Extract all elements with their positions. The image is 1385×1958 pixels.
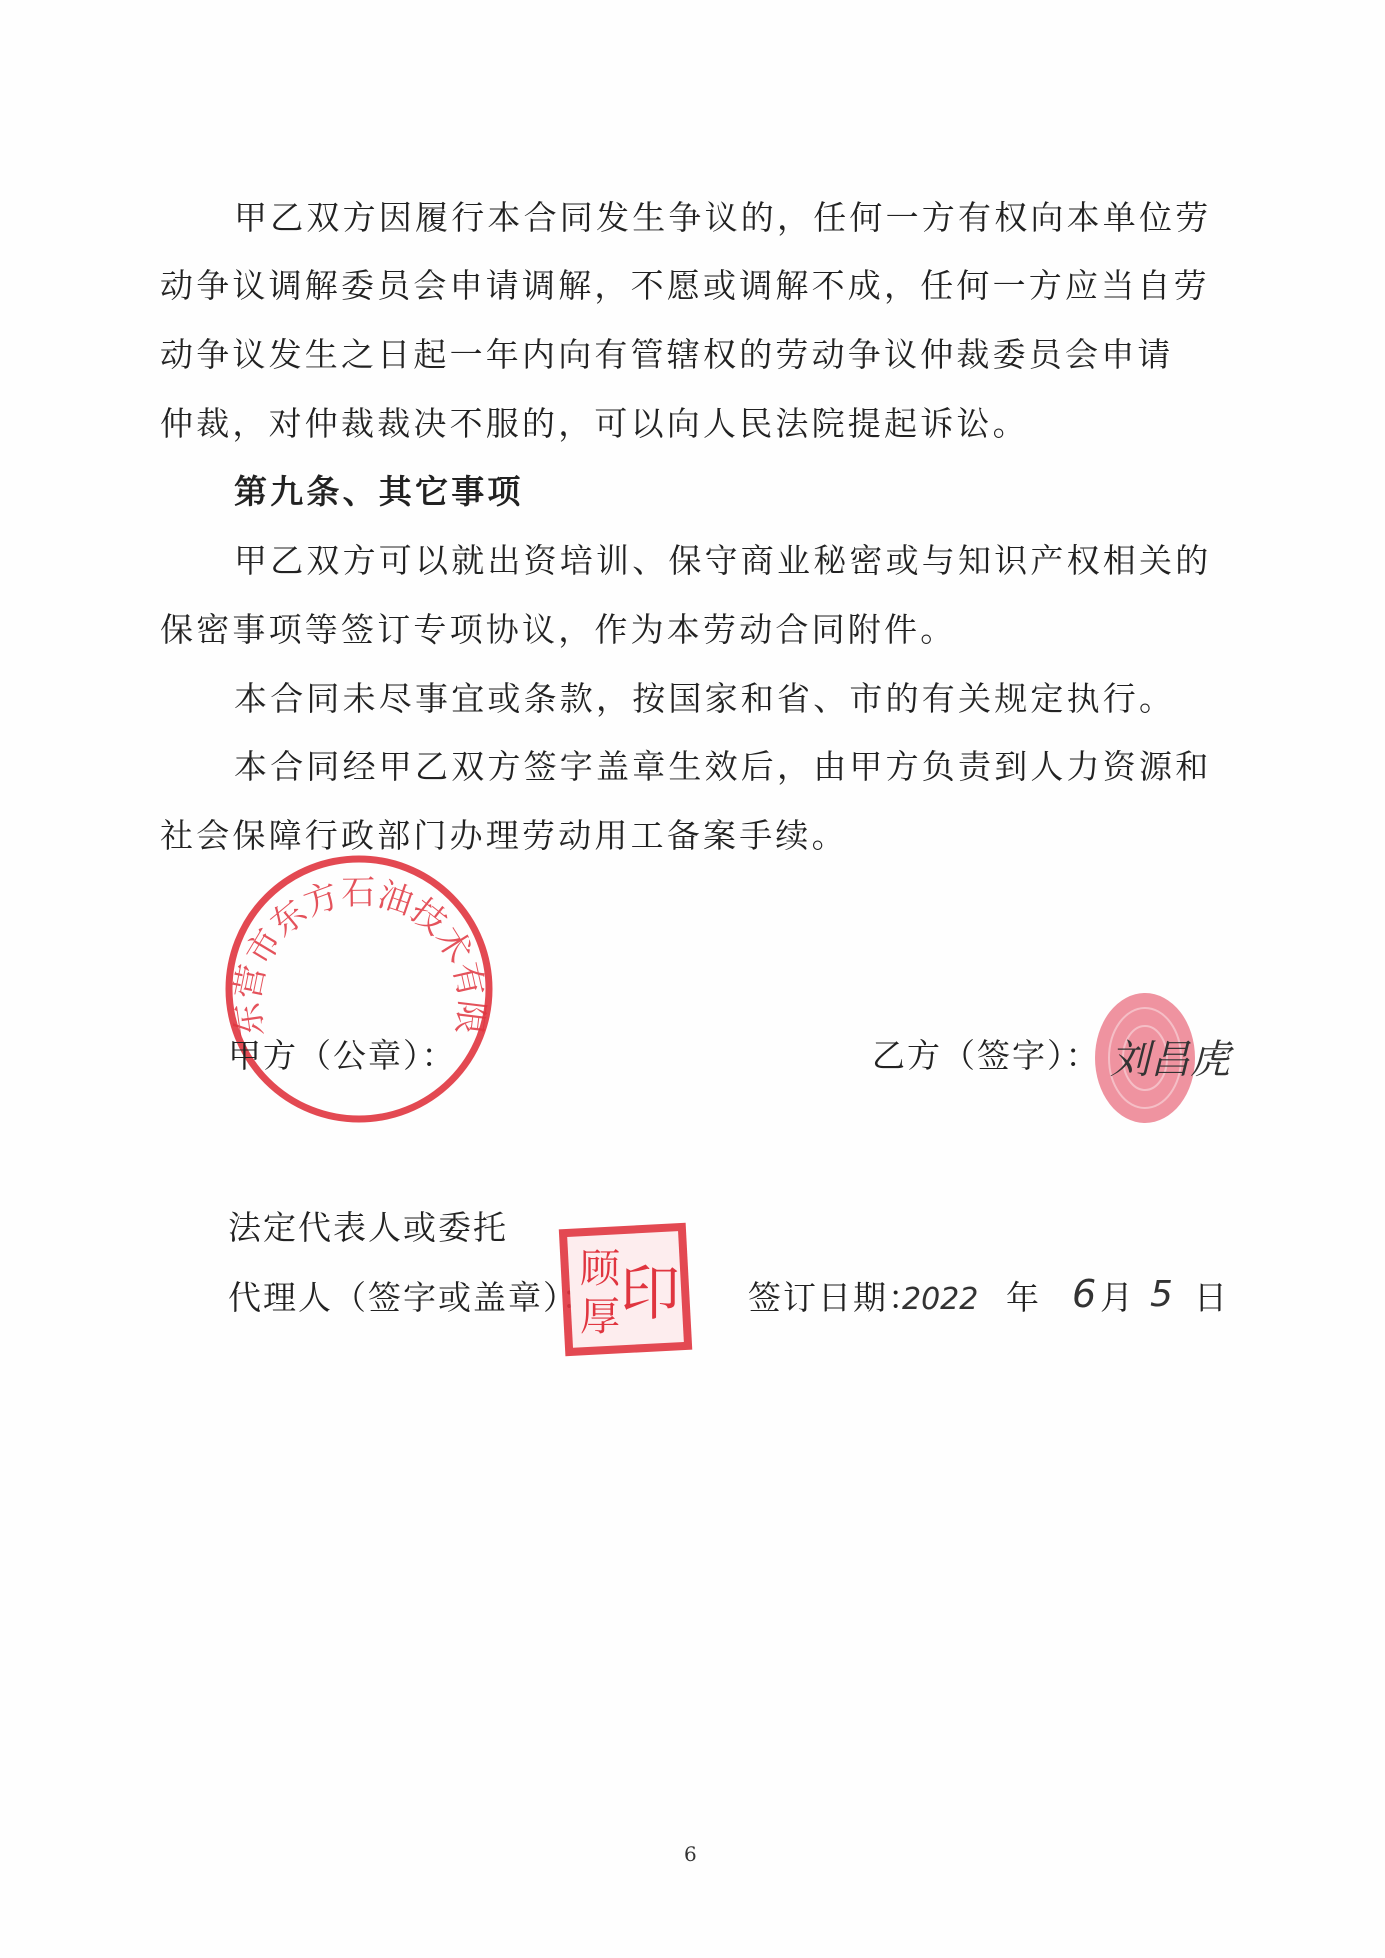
party-a-label: 甲方（公章）： xyxy=(228,1036,457,1076)
page-number: 6 xyxy=(684,1842,697,1866)
sign-date-month: 6 xyxy=(1072,1272,1096,1316)
paragraph1-line1: 甲乙双方因履行本合同发生争议的，任何一方有权向本单位劳 xyxy=(234,198,1211,238)
sign-date-year: 2022 xyxy=(902,1282,978,1317)
paragraph2-line2: 保密事项等签订专项协议，作为本劳动合同附件。 xyxy=(160,610,956,650)
company-seal-icon: 东营市东方石油技术有限公司 xyxy=(222,852,497,1127)
paragraph1-line2: 动争议调解委员会申请调解，不愿或调解不成，任何一方应当自劳 xyxy=(160,266,1210,306)
sign-date-day: 5 xyxy=(1150,1274,1173,1315)
svg-text:印: 印 xyxy=(620,1259,680,1329)
svg-text:顾: 顾 xyxy=(580,1246,621,1292)
paragraph4-line1: 本合同经甲乙双方签字盖章生效后，由甲方负责到人力资源和 xyxy=(234,747,1211,787)
paragraph3-line1: 本合同未尽事宜或条款，按国家和省、市的有关规定执行。 xyxy=(234,679,1175,719)
paragraph1-line3: 动争议发生之日起一年内向有管辖权的劳动争议仲裁委员会申请 xyxy=(160,335,1174,375)
section-heading: 第九条、其它事项 xyxy=(234,472,524,512)
svg-text:东营市东方石油技术有限公司: 东营市东方石油技术有限公司 xyxy=(222,852,492,1039)
year-unit: 年 xyxy=(1006,1278,1041,1318)
paragraph4-line2: 社会保障行政部门办理劳动用工备案手续。 xyxy=(160,816,848,856)
personal-seal-icon: 顾 厚 印 xyxy=(558,1222,693,1357)
sign-date-label: 签订日期： xyxy=(748,1278,923,1318)
legal-rep-label-line2: 代理人（签字或盖章）： xyxy=(228,1278,597,1318)
svg-text:厚: 厚 xyxy=(580,1294,620,1340)
day-unit: 日 xyxy=(1194,1278,1229,1318)
paragraph1-line4: 仲裁，对仲裁裁决不服的，可以向人民法院提起诉讼。 xyxy=(160,404,1029,444)
document-page: 甲乙双方因履行本合同发生争议的，任何一方有权向本单位劳 动争议调解委员会申请调解… xyxy=(0,0,1385,1958)
legal-rep-label-line1: 法定代表人或委托 xyxy=(228,1208,508,1248)
party-b-label: 乙方（签字）： xyxy=(872,1036,1101,1076)
paragraph2-line1: 甲乙双方可以就出资培训、保守商业秘密或与知识产权相关的 xyxy=(234,541,1211,581)
party-b-signature: 刘昌虎 xyxy=(1110,1028,1230,1085)
month-unit: 月 xyxy=(1100,1278,1135,1318)
